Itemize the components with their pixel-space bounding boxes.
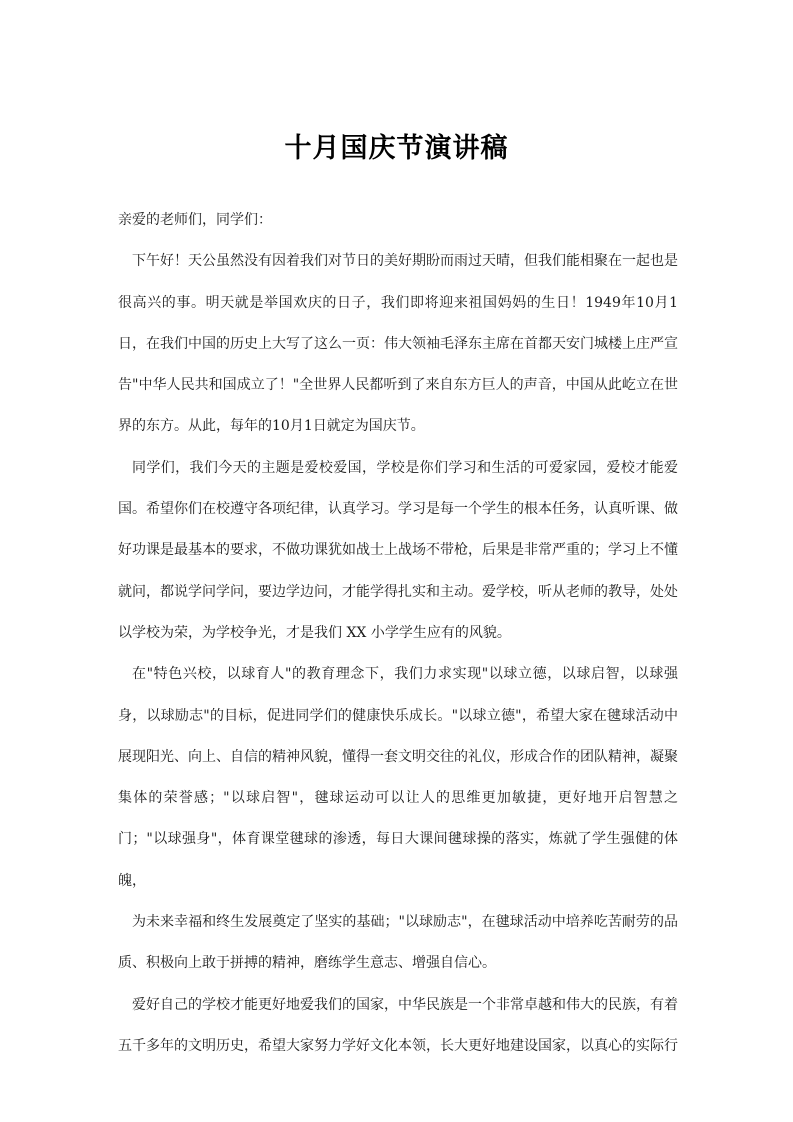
paragraph-4: 为未来幸福和终生发展奠定了坚实的基础；"以球励志"，在毽球活动中培养吃苦耐劳的品… <box>118 902 678 985</box>
paragraph-2: 同学们，我们今天的主题是爱校爱国，学校是你们学习和生活的可爱家园，爱校才能爱国。… <box>118 448 678 654</box>
document-body: 亲爱的老师们，同学们： 下午好！天公虽然没有因着我们对节日的美好期盼而雨过天晴，… <box>118 200 678 1067</box>
paragraph-1: 下午好！天公虽然没有因着我们对节日的美好期盼而雨过天晴，但我们能相聚在一起也是很… <box>118 241 678 447</box>
greeting: 亲爱的老师们，同学们： <box>118 200 678 241</box>
paragraph-5: 爱好自己的学校才能更好地爱我们的国家，中华民族是一个非常卓越和伟大的民族，有着五… <box>118 985 678 1068</box>
document-page: 十月国庆节演讲稿 亲爱的老师们，同学们： 下午好！天公虽然没有因着我们对节日的美… <box>0 0 793 1122</box>
paragraph-3: 在"特色兴校，以球育人"的教育理念下，我们力求实现"以球立德，以球启智，以球强身… <box>118 654 678 902</box>
document-title: 十月国庆节演讲稿 <box>0 126 793 165</box>
